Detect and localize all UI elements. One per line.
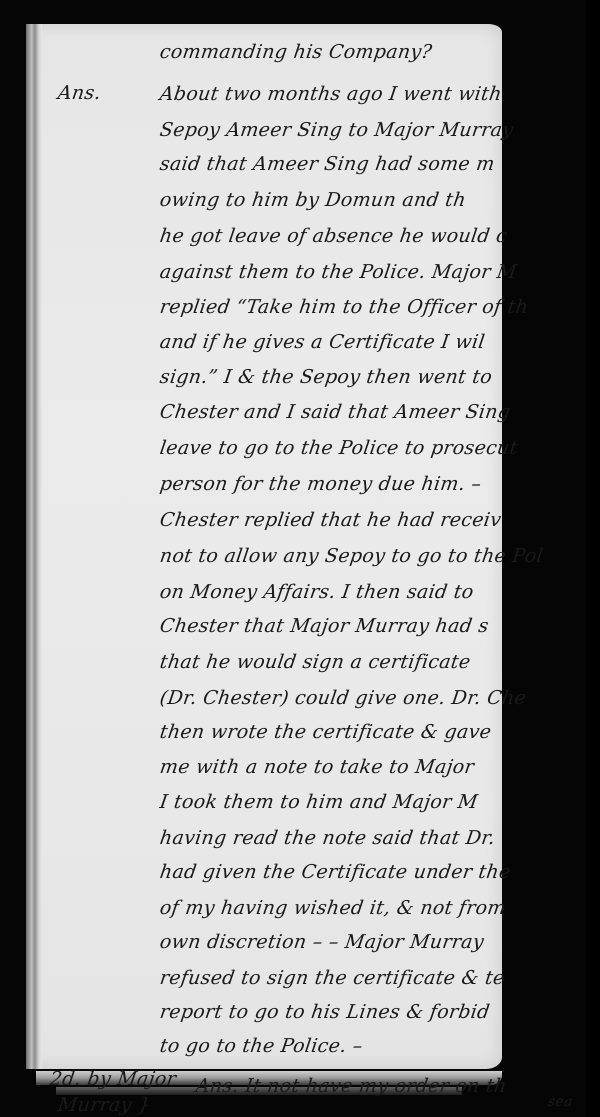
manuscript-line: refused to sign the certificate & te	[158, 966, 506, 990]
manuscript-line: (Dr. Chester) could give one. Dr. Che	[158, 686, 528, 710]
manuscript-line: I took them to him and Major M	[158, 790, 479, 814]
manuscript-line: having read the note said that Dr.	[158, 826, 496, 850]
manuscript-line: leave to go to the Police to prosecut	[158, 436, 519, 460]
manuscript-line: me with a note to take to Major	[158, 755, 475, 779]
margin-note: Murray }	[56, 1094, 152, 1116]
manuscript-line: Chester that Major Murray had s	[158, 614, 490, 638]
manuscript-line: Chester replied that he had receiv	[158, 508, 503, 532]
scan-background: commanding his Company?About two months …	[0, 0, 600, 1117]
manuscript-line: person for the money due him. –	[158, 472, 483, 496]
margin-note: Ans.	[56, 82, 102, 104]
manuscript-line: About two months ago I went with	[158, 82, 503, 106]
manuscript-line: not to allow any Sepoy to go to the Pol	[158, 544, 544, 568]
margin-note: 2d. by Major	[48, 1068, 177, 1090]
right-crop-edge	[586, 0, 600, 1117]
manuscript-line: he got leave of absence he would c	[158, 224, 509, 248]
bottom-answer-continuation: sea	[546, 1090, 574, 1114]
manuscript-line: owing to him by Domun and th	[158, 188, 467, 212]
manuscript-line: and if he gives a Certificate I wil	[158, 330, 486, 354]
manuscript-line: on Money Affairs. I then said to	[158, 580, 475, 604]
manuscript-line: Chester and I said that Ameer Sing	[158, 400, 512, 424]
manuscript-line: that he would sign a certificate	[158, 650, 472, 674]
manuscript-line: then wrote the certificate & gave	[158, 720, 493, 744]
manuscript-line: Sepoy Ameer Sing to Major Murray	[158, 118, 515, 142]
manuscript-line: sign.” I & the Sepoy then went to	[158, 365, 493, 389]
binding-edge	[26, 24, 42, 1069]
manuscript-line: against them to the Police. Major M	[158, 260, 518, 284]
manuscript-line: own discretion – – Major Murray	[158, 930, 485, 954]
manuscript-line: had given the Certificate under the	[158, 860, 512, 884]
manuscript-line: report to go to his Lines & forbid	[158, 1000, 491, 1024]
manuscript-line: said that Ameer Sing had some m	[158, 152, 496, 176]
bottom-answer-line: Ans. It not have my order on th	[194, 1074, 508, 1098]
manuscript-line: of my having wished it, & not from	[158, 896, 507, 920]
manuscript-line: to go to the Police. –	[158, 1034, 364, 1058]
manuscript-line: replied “Take him to the Officer of th	[158, 295, 530, 319]
manuscript-line: commanding his Company?	[158, 40, 433, 64]
